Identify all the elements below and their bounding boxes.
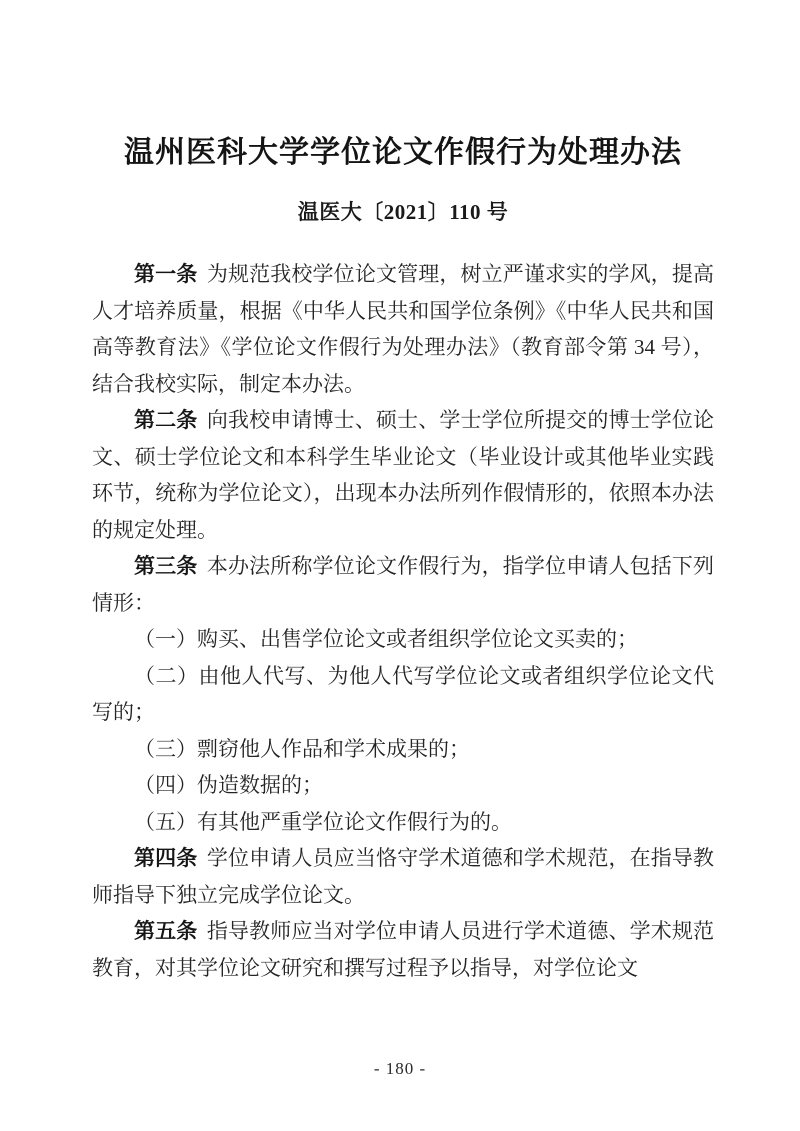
document-page: 温州医科大学学位论文作假行为处理办法 温医大〔2021〕110 号 第一条为规范… (0, 0, 800, 1131)
paragraph-article-2: 第二条向我校申请博士、硕士、学士学位所提交的博士学位论文、硕士学位论文和本科学生… (92, 402, 714, 548)
paragraph-article-1: 第一条为规范我校学位论文管理，树立严谨求实的学风，提高人才培养质量，根据《中华人… (92, 256, 714, 402)
paragraph-article-5: 第五条指导教师应当对学位申请人员进行学术道德、学术规范教育，对其学位论文研究和撰… (92, 913, 714, 986)
article-text: （四）伪造数据的； (134, 773, 323, 797)
paragraph-item-2: （二）由他人代写、为他人代写学位论文或者组织学位论文代写的； (92, 658, 714, 731)
paragraph-item-5: （五）有其他严重学位论文作假行为的。 (92, 804, 714, 841)
article-text: （二）由他人代写、为他人代写学位论文或者组织学位论文代写的； (92, 664, 714, 725)
article-label: 第三条 (134, 554, 197, 578)
article-text: （一）购买、出售学位论文或者组织学位论文买卖的； (134, 627, 638, 651)
article-label: 第一条 (134, 262, 197, 286)
document-number: 温医大〔2021〕110 号 (92, 196, 714, 226)
paragraph-item-3: （三）剽窃他人作品和学术成果的； (92, 731, 714, 768)
paragraph-article-4: 第四条学位申请人员应当恪守学术道德和学术规范，在指导教师指导下独立完成学位论文。 (92, 840, 714, 913)
paragraph-article-3: 第三条本办法所称学位论文作假行为，指学位申请人包括下列情形： (92, 548, 714, 621)
article-label: 第四条 (134, 846, 197, 870)
page-number: - 180 - (0, 1059, 800, 1079)
article-label: 第二条 (134, 408, 197, 432)
article-label: 第五条 (134, 919, 197, 943)
paragraph-item-4: （四）伪造数据的； (92, 767, 714, 804)
document-title: 温州医科大学学位论文作假行为处理办法 (92, 130, 714, 176)
article-text: （三）剽窃他人作品和学术成果的； (134, 737, 470, 761)
document-body: 第一条为规范我校学位论文管理，树立严谨求实的学风，提高人才培养质量，根据《中华人… (92, 256, 714, 986)
paragraph-item-1: （一）购买、出售学位论文或者组织学位论文买卖的； (92, 621, 714, 658)
article-text: （五）有其他严重学位论文作假行为的。 (134, 810, 512, 834)
